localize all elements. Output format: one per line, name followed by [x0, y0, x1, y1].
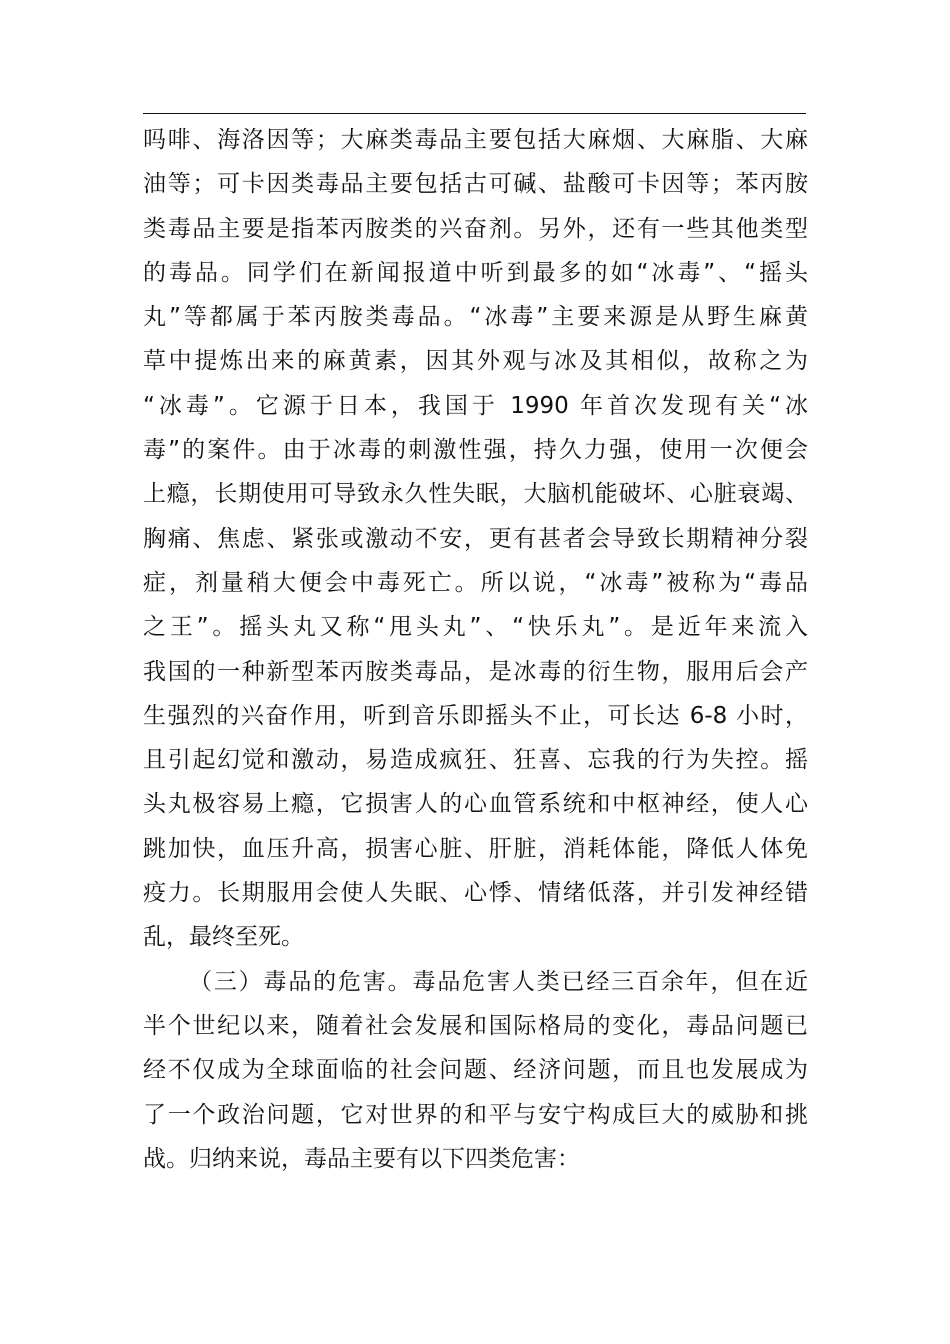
text-line: “冰毒”。它源于日本，我国于 1990 年首次发现有关“冰 — [143, 384, 808, 428]
text-line: 疫力。长期服用会使人失眠、心悸、情绪低落，并引发神经错 — [143, 871, 808, 915]
text-line: 类毒品主要是指苯丙胺类的兴奋剂。另外，还有一些其他类型 — [143, 207, 808, 251]
text-line: 我国的一种新型苯丙胺类毒品，是冰毒的衍生物，服用后会产 — [143, 650, 808, 694]
text-line: 乱，最终至死。 — [143, 915, 808, 959]
text-line: 战。归纳来说，毒品主要有以下四类危害： — [143, 1137, 808, 1181]
text-line: 的毒品。同学们在新闻报道中听到最多的如“冰毒”、“摇头 — [143, 251, 808, 295]
text-line: 丸”等都属于苯丙胺类毒品。“冰毒”主要来源是从野生麻黄 — [143, 295, 808, 339]
text-line: 毒”的案件。由于冰毒的刺激性强，持久力强，使用一次便会 — [143, 428, 808, 472]
text-line: 经不仅成为全球面临的社会问题、经济问题，而且也发展成为 — [143, 1048, 808, 1092]
text-line: 跳加快，血压升高，损害心脏、肝脏，消耗体能，降低人体免 — [143, 827, 808, 871]
text-line: 了一个政治问题，它对世界的和平与安宁构成巨大的威胁和挑 — [143, 1093, 808, 1137]
body-text: 吗啡、海洛因等；大麻类毒品主要包括大麻烟、大麻脂、大麻 油等；可卡因类毒品主要包… — [143, 118, 808, 1181]
text-line: 吗啡、海洛因等；大麻类毒品主要包括大麻烟、大麻脂、大麻 — [143, 118, 808, 162]
text-line: 之王”。摇头丸又称“甩头丸”、“快乐丸”。是近年来流入 — [143, 605, 808, 649]
text-line: 头丸极容易上瘾，它损害人的心血管系统和中枢神经，使人心 — [143, 782, 808, 826]
text-line: 油等；可卡因类毒品主要包括古可碱、盐酸可卡因等；苯丙胺 — [143, 162, 808, 206]
text-line: 半个世纪以来，随着社会发展和国际格局的变化，毒品问题已 — [143, 1004, 808, 1048]
text-line: 症，剂量稍大便会中毒死亡。所以说，“冰毒”被称为“毒品 — [143, 561, 808, 605]
text-line: 胸痛、焦虑、紧张或激动不安，更有甚者会导致长期精神分裂 — [143, 517, 808, 561]
header-rule — [143, 113, 806, 114]
text-line: 生强烈的兴奋作用，听到音乐即摇头不止，可长达 6-8 小时， — [143, 694, 808, 738]
section-heading-line: （三）毒品的危害。毒品危害人类已经三百余年，但在近 — [143, 960, 808, 1004]
text-line: 草中提炼出来的麻黄素，因其外观与冰及其相似，故称之为 — [143, 339, 808, 383]
text-line: 且引起幻觉和激动，易造成疯狂、狂喜、忘我的行为失控。摇 — [143, 738, 808, 782]
document-page: 吗啡、海洛因等；大麻类毒品主要包括大麻烟、大麻脂、大麻 油等；可卡因类毒品主要包… — [0, 0, 950, 1344]
text-line: 上瘾，长期使用可导致永久性失眠，大脑机能破坏、心脏衰竭、 — [143, 472, 808, 516]
